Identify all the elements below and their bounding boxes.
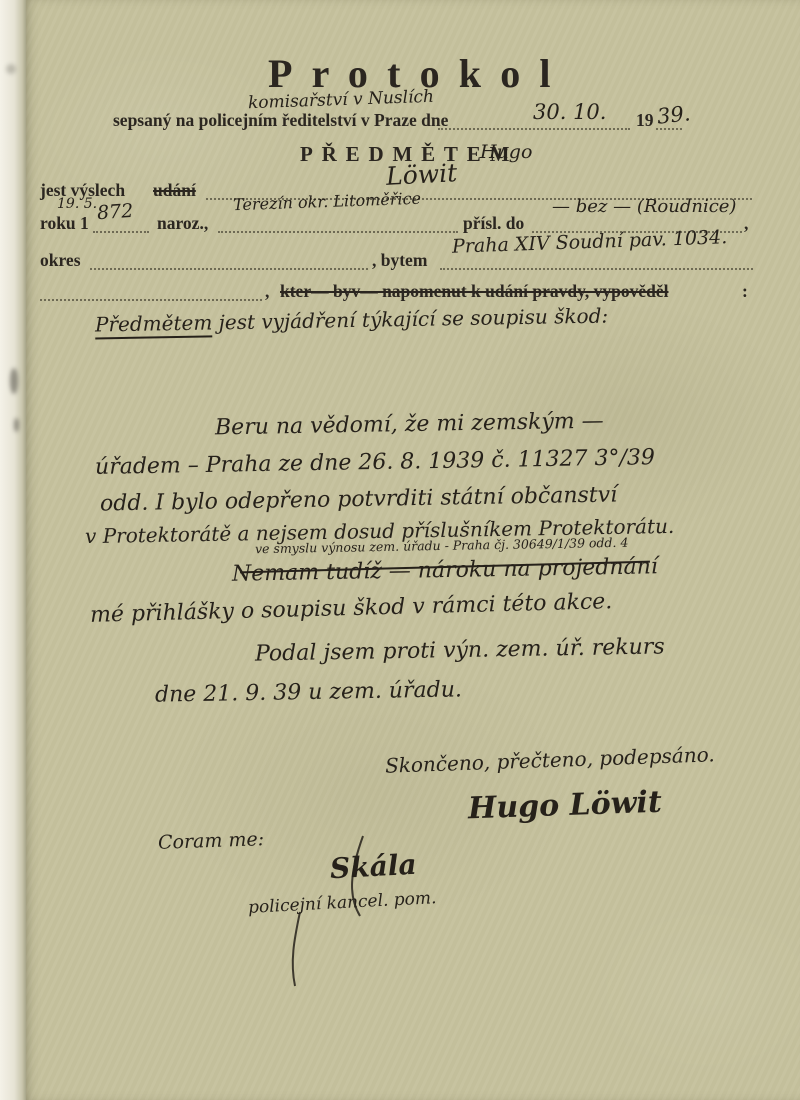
scanned-document: Protokol komisařství v Nuslích sepsaný n… xyxy=(0,0,800,1100)
pen-flourish xyxy=(0,0,800,1100)
